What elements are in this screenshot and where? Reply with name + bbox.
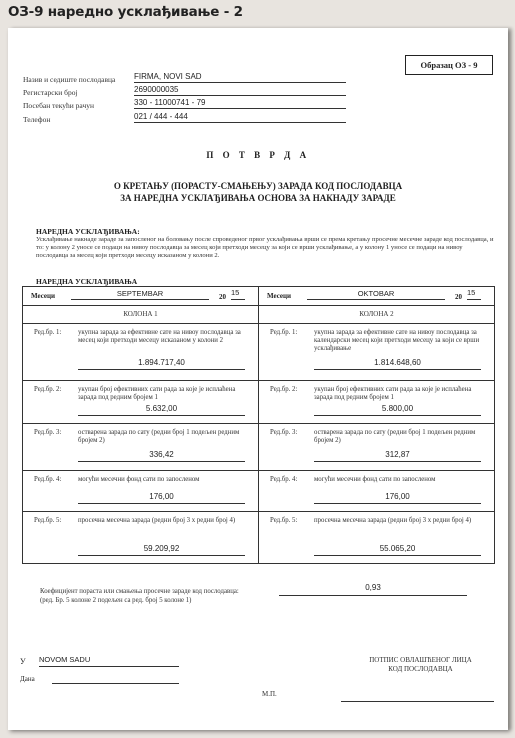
coefficient-value[interactable]: 0,93 (279, 583, 467, 596)
table-row: Ред.бр. 3:остварена зарада по сату (редн… (23, 424, 495, 471)
year-prefix: 20 (219, 293, 226, 301)
row-value-field[interactable]: 1.894.717,40 (78, 358, 245, 370)
table-row: Ред.бр. 5:просечна месечна зарада (редни… (23, 512, 495, 564)
table-row: Ред.бр. 4:могући месечни фонд сати по за… (23, 471, 495, 512)
window-title: ОЗ-9 наредно усклађивање - 2 (8, 4, 243, 20)
employer-field[interactable]: 021 / 444 - 444 (134, 112, 346, 123)
row-cell: Ред.бр. 1:укупна зарада за ефективне сат… (23, 324, 259, 381)
row-value-field[interactable]: 312,87 (314, 450, 481, 462)
row-description: остварена зарада по сату (редни број 1 п… (78, 429, 253, 445)
month-field[interactable]: SEPTEMBAR (71, 289, 209, 300)
date-field[interactable] (52, 673, 179, 684)
row-value-field[interactable]: 176,00 (78, 492, 245, 504)
year-prefix: 20 (455, 293, 462, 301)
date-label: Дана (20, 675, 35, 683)
row-cell: Ред.бр. 3:остварена зарада по сату (редн… (259, 424, 495, 471)
row-description: просечна месечна зарада (редни број 3 х … (314, 517, 489, 525)
row-value-field[interactable]: 59.209,92 (78, 544, 245, 556)
employer-field[interactable]: FIRMA, NOVI SAD (134, 72, 346, 83)
employer-field[interactable]: 2690000035 (134, 85, 346, 96)
subheading-line-1: О КРЕТАЊУ (ПОРАСТУ-СМАЊЕЊУ) ЗАРАДА КОД П… (8, 180, 508, 192)
row-description: укупна зарада за ефективне сате на нивоу… (78, 329, 253, 345)
row-description: могући месечни фонд сати по запосленом (314, 476, 489, 484)
month-label: Месеци (31, 292, 55, 300)
table-row: Ред.бр. 1:укупна зарада за ефективне сат… (23, 324, 495, 381)
row-value-field[interactable]: 176,00 (314, 492, 481, 504)
row-description: могући месечни фонд сати по запосленом (78, 476, 253, 484)
employer-label: Посебан текући рачун (23, 101, 94, 110)
employer-label: Телефон (23, 115, 50, 124)
place-prefix: У (20, 657, 26, 666)
row-number: Ред.бр. 4: (34, 476, 61, 483)
row-description: укупан број ефективних сати рада за које… (314, 386, 489, 402)
row-value-field[interactable]: 5.632,00 (78, 404, 245, 416)
row-description: просечна месечна зарада (редни број 3 х … (78, 517, 253, 525)
year-field[interactable]: 15 (231, 288, 245, 300)
column-title-2: КОЛОНА 2 (259, 306, 495, 324)
subheading-line-2: ЗА НАРЕДНА УСКЛАЂИВАЊА ОСНОВА ЗА НАКНАДУ… (8, 192, 508, 204)
row-description: укупан број ефективних сати рада за које… (78, 386, 253, 402)
year-field[interactable]: 15 (467, 288, 481, 300)
coefficient-note: (ред. Бр. 5 колоне 2 подељен са ред. бро… (40, 597, 191, 604)
signature-label: ПОТПИС ОВЛАШЋЕНОГ ЛИЦА КОД ПОСЛОДАВЦА (348, 656, 493, 674)
section-title-1: НАРЕДНА УСКЛАЂИВАЊА: (36, 227, 140, 236)
month-label: Месеци (267, 292, 291, 300)
row-number: Ред.бр. 5: (34, 517, 61, 524)
row-value-field[interactable]: 336,42 (78, 450, 245, 462)
row-cell: Ред.бр. 1:укупна зарада за ефективне сат… (259, 324, 495, 381)
employer-field[interactable]: 330 - 11000741 - 79 (134, 98, 346, 109)
wage-table: МесециSEPTEMBAR2015 МесециOKTOBAR2015 КО… (22, 286, 495, 564)
row-cell: Ред.бр. 2:укупан број ефективних сати ра… (259, 381, 495, 424)
row-value-field[interactable]: 5.800,00 (314, 404, 481, 416)
row-cell: Ред.бр. 5:просечна месечна зарада (редни… (259, 512, 495, 564)
stamp-label: М.П. (262, 690, 277, 698)
row-cell: Ред.бр. 3:остварена зарада по сату (редн… (23, 424, 259, 471)
signature-label-line-1: ПОТПИС ОВЛАШЋЕНОГ ЛИЦА (348, 656, 493, 665)
row-cell: Ред.бр. 4:могући месечни фонд сати по за… (23, 471, 259, 512)
row-cell: Ред.бр. 5:просечна месечна зарада (редни… (23, 512, 259, 564)
row-number: Ред.бр. 3: (34, 429, 61, 436)
employer-label: Регистарски број (23, 88, 78, 97)
signature-label-line-2: КОД ПОСЛОДАВЦА (348, 665, 493, 674)
month-cell-2: МесециOKTOBAR2015 (259, 287, 495, 306)
row-number: Ред.бр. 5: (270, 517, 297, 524)
row-cell: Ред.бр. 2:укупан број ефективних сати ра… (23, 381, 259, 424)
row-value-field[interactable]: 55.065,20 (314, 544, 481, 556)
row-number: Ред.бр. 2: (34, 386, 61, 393)
coefficient-label: Коефицијент пораста или смањења просечне… (40, 588, 239, 595)
row-number: Ред.бр. 2: (270, 386, 297, 393)
row-number: Ред.бр. 1: (34, 329, 61, 336)
row-description: укупна зарада за ефективне сате на нивоу… (314, 329, 489, 353)
month-cell-1: МесециSEPTEMBAR2015 (23, 287, 259, 306)
row-number: Ред.бр. 1: (270, 329, 297, 336)
row-number: Ред.бр. 4: (270, 476, 297, 483)
column-title-1: КОЛОНА 1 (23, 306, 259, 324)
signature-line[interactable] (341, 700, 494, 702)
document-page: Образац ОЗ - 9 Назив и седиште послодавц… (8, 28, 508, 730)
row-cell: Ред.бр. 4:могући месечни фонд сати по за… (259, 471, 495, 512)
row-value-field[interactable]: 1.814.648,60 (314, 358, 481, 370)
section-text: Усклађивање накнаде зараде за запосленог… (36, 236, 496, 260)
document-subheading: О КРЕТАЊУ (ПОРАСТУ-СМАЊЕЊУ) ЗАРАДА КОД П… (8, 180, 508, 204)
document-heading: П О Т В Р Д А (8, 150, 508, 160)
section-title-2: НАРЕДНА УСКЛАЂИВАЊА (36, 277, 137, 286)
employer-label: Назив и седиште послодавца (23, 75, 115, 84)
row-description: остварена зарада по сату (редни број 1 п… (314, 429, 489, 445)
row-number: Ред.бр. 3: (270, 429, 297, 436)
table-row: Ред.бр. 2:укупан број ефективних сати ра… (23, 381, 495, 424)
form-badge: Образац ОЗ - 9 (405, 55, 493, 75)
place-field[interactable]: NOVOM SADU (39, 655, 179, 667)
month-field[interactable]: OKTOBAR (307, 289, 445, 300)
